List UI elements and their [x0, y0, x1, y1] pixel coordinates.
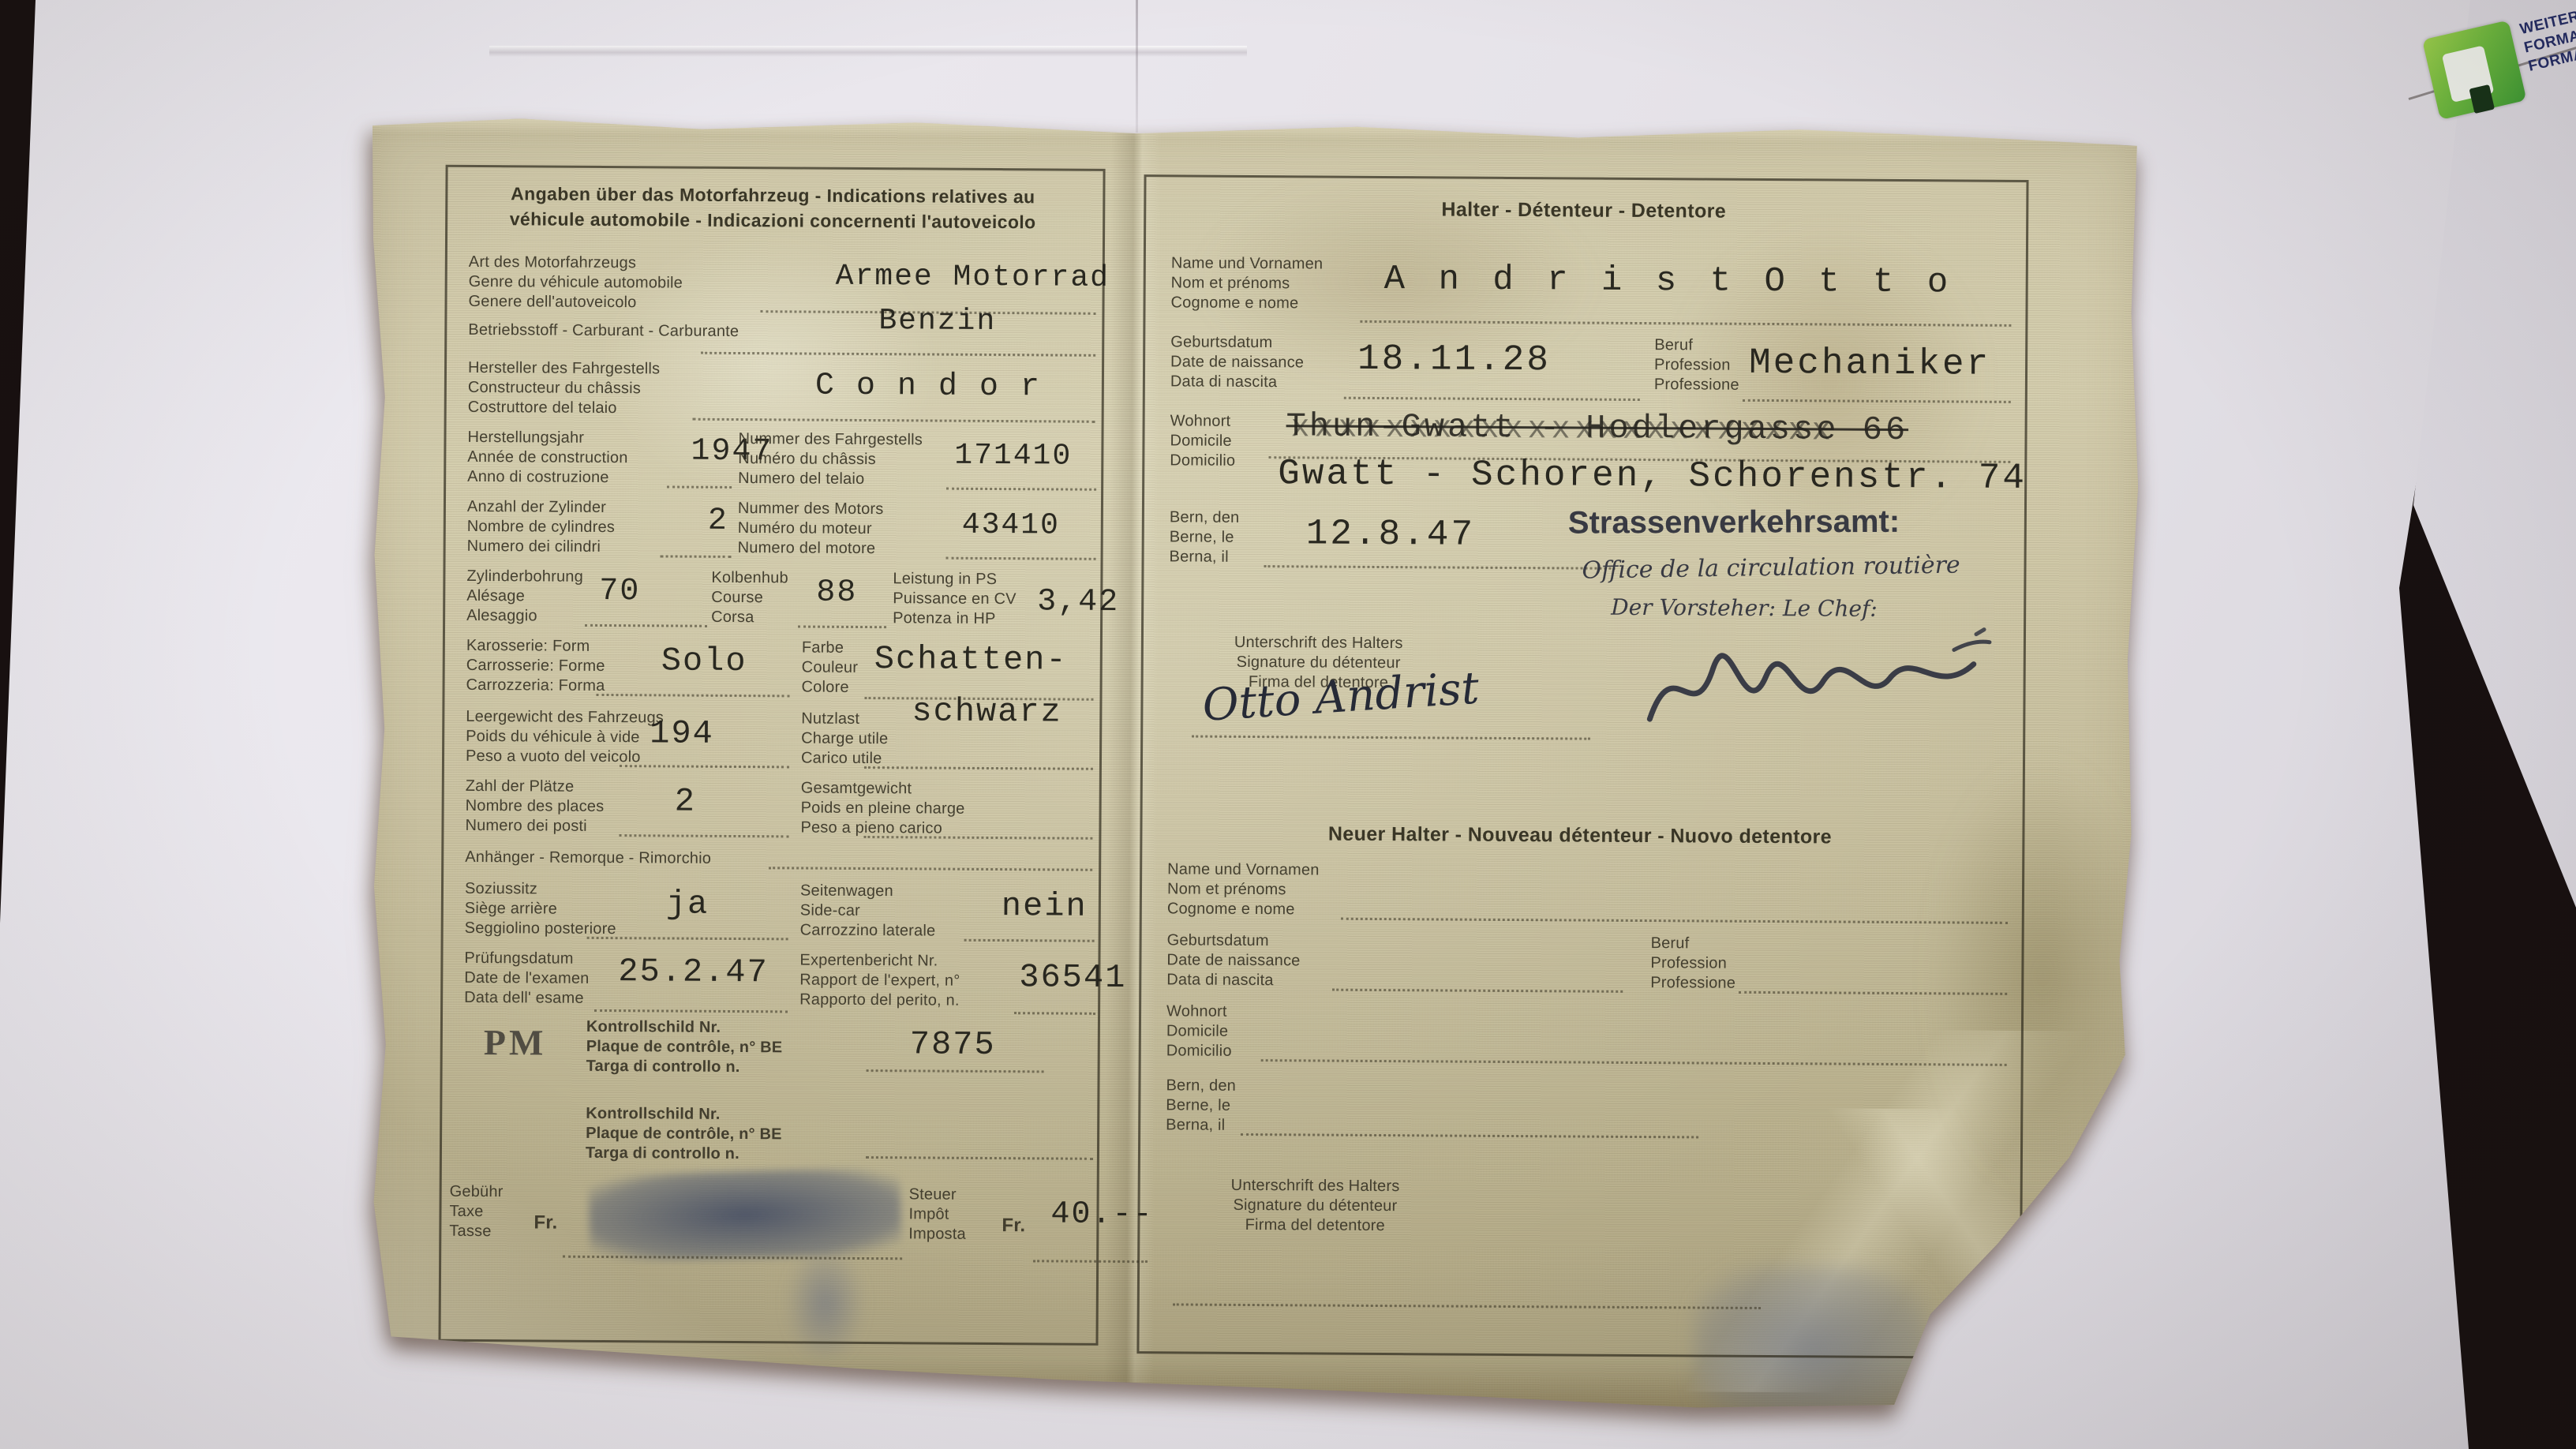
field-value-pillion: ja	[666, 885, 710, 923]
pm-stamp: PM	[484, 1021, 547, 1063]
field-value-expert-report: 36541	[1019, 958, 1126, 997]
field-label-plate-number-2: Kontrollschild Nr.Plaque de contrôle, n°…	[586, 1104, 782, 1165]
typed-x-overstrike: xxxxxxxxxxxxxxxxxxxxxxx	[1290, 410, 1835, 449]
field-label-color: FarbeCouleurColore	[801, 638, 858, 698]
field-value-issue-date: 12.8.47	[1306, 513, 1476, 555]
office-stamp-line1: Strassenverkehrsamt:	[1568, 504, 1900, 541]
field-label-exam-date: PrüfungsdatumDate de l'examenData dell' …	[464, 949, 590, 1009]
photo-of-vehicle-registration: { "colors": { "fabric": "#c9c2a2", "pape…	[0, 0, 2576, 1449]
chef-signature-scribble	[1638, 601, 2001, 761]
dotted-leader	[1014, 1012, 1095, 1015]
field-label-fee: GebührTaxeTasse	[449, 1182, 503, 1241]
field-value-chassis-maker: C o n d o r	[815, 369, 1041, 406]
field-value-holder-name: A n d r i s t O t t o	[1384, 260, 1955, 302]
field-label-birth-date: GeburtsdatumDate de naissanceData di nas…	[1170, 332, 1305, 392]
field-value-body-form: Solo	[661, 642, 747, 680]
field-label-tax: SteuerImpôtImposta	[908, 1185, 966, 1244]
field-value-motor-number: 43410	[962, 508, 1060, 543]
field-value-seats: 2	[675, 783, 697, 821]
field-value-empty-weight: 194	[650, 714, 714, 752]
dotted-leader	[667, 485, 732, 489]
field-value-plate-number: 7875	[910, 1025, 996, 1064]
field-value-chassis-number: 171410	[954, 439, 1072, 474]
fee-currency: Fr.	[534, 1212, 557, 1232]
left-page-title-line2: véhicule automobile - Indicazioni concer…	[453, 208, 1092, 234]
field-value-birth-date: 18.11.28	[1357, 339, 1551, 380]
field-label-new-holder-name: Name und VornamenNom et prénomsCognome e…	[1167, 859, 1320, 919]
field-label-chassis-number: Nummer des FahrgestellsNuméro du châssis…	[738, 429, 923, 489]
field-label-new-holder-date: Bern, denBerne, leBerna, il	[1166, 1076, 1236, 1136]
field-label-stroke: KolbenhubCourseCorsa	[711, 568, 788, 628]
field-label-new-holder-birth: GeburtsdatumDate de naissanceData di nas…	[1166, 930, 1301, 990]
field-value-bore: 70	[599, 574, 640, 609]
field-label-trailer: Anhänger - Remorque - Rimorchio	[465, 848, 711, 869]
field-label-issue-place-date: Bern, denBerne, leBerna, il	[1170, 507, 1240, 567]
field-label-new-holder-domicile: WohnortDomicileDomicilio	[1166, 1002, 1232, 1061]
document-shadow-wrapper: Angaben über das Motorfahrzeug - Indicat…	[0, 0, 2576, 1449]
field-label-motor-number: Nummer des MotorsNuméro du moteurNumero …	[738, 499, 884, 559]
field-label-new-holder-profession: BerufProfessionProfessione	[1650, 934, 1735, 994]
field-value-color-line1: Schatten-	[874, 640, 1068, 679]
field-label-plate-number: Kontrollschild Nr.Plaque de contrôle, n°…	[586, 1017, 783, 1078]
registration-booklet: Angaben über das Motorfahrzeug - Indicat…	[355, 113, 2147, 1410]
top-fray-highlight	[363, 113, 2147, 144]
field-label-empty-weight: Leergewicht des FahrzeugsPoids du véhicu…	[466, 707, 664, 768]
field-value-exam-date: 25.2.47	[618, 953, 769, 991]
left-page-title-line1: Angaben über das Motorfahrzeug - Indicat…	[453, 183, 1092, 208]
field-label-body-form: Karosserie: FormCarrosserie: FormeCarroz…	[466, 636, 605, 696]
field-label-power: Leistung in PSPuissance en CVPotenza in …	[893, 569, 1017, 629]
field-label-vehicle-type: Art des MotorfahrzeugsGenre du véhicule …	[468, 253, 683, 313]
field-label-gross-weight: GesamtgewichtPoids en pleine chargePeso …	[800, 779, 964, 839]
field-label-year: HerstellungsjahrAnnée de constructionAnn…	[467, 428, 628, 488]
field-label-new-holder-signature: Unterschrift des HaltersSignature du dét…	[1230, 1176, 1399, 1236]
field-label-chassis-maker: Hersteller des FahrgestellsConstructeur …	[468, 358, 661, 418]
field-value-cylinders: 2	[708, 504, 728, 539]
field-value-profession: Mechaniker	[1749, 343, 1990, 385]
fabric-sheet: Angaben über das Motorfahrzeug - Indicat…	[355, 113, 2147, 1410]
field-label-profession: BerufProfessionProfessione	[1654, 335, 1739, 395]
office-stamp-line2: Office de la circulation routière	[1582, 551, 1960, 584]
field-value-fuel: Benzin	[878, 304, 996, 339]
field-label-seats: Zahl der PlätzeNombre des placesNumero d…	[465, 777, 604, 837]
field-value-power: 3,42	[1037, 584, 1119, 620]
field-label-pillion: SoziussitzSiège arrièreSeggiolino poster…	[465, 879, 617, 939]
field-label-sidecar: SeitenwagenSide-carCarrozzino laterale	[800, 882, 936, 942]
field-label-cylinders: Anzahl der ZylinderNombre de cylindresNu…	[467, 497, 616, 557]
field-value-domicile-new: Gwatt - Schoren, Schorenstr. 74	[1278, 453, 2027, 499]
field-label-payload: NutzlastCharge utileCarico utile	[801, 710, 889, 769]
field-label-bore: ZylinderbohrungAlésageAlesaggio	[466, 567, 583, 627]
field-label-domicile: WohnortDomicileDomicilio	[1170, 411, 1235, 471]
field-label-fuel: Betriebsstoff - Carburant - Carburante	[468, 320, 739, 342]
field-label-holder-name: Name und VornamenNom et prénomsCognome e…	[1170, 253, 1323, 313]
field-value-stroke: 88	[816, 575, 857, 611]
field-label-expert-report: Expertenbericht Nr.Rapport de l'expert, …	[799, 951, 960, 1011]
tax-currency: Fr.	[1002, 1215, 1025, 1235]
dotted-leader	[661, 555, 732, 558]
field-value-vehicle-type: Armee Motorrad	[836, 260, 1110, 295]
field-value-sidecar: nein	[1002, 887, 1088, 926]
